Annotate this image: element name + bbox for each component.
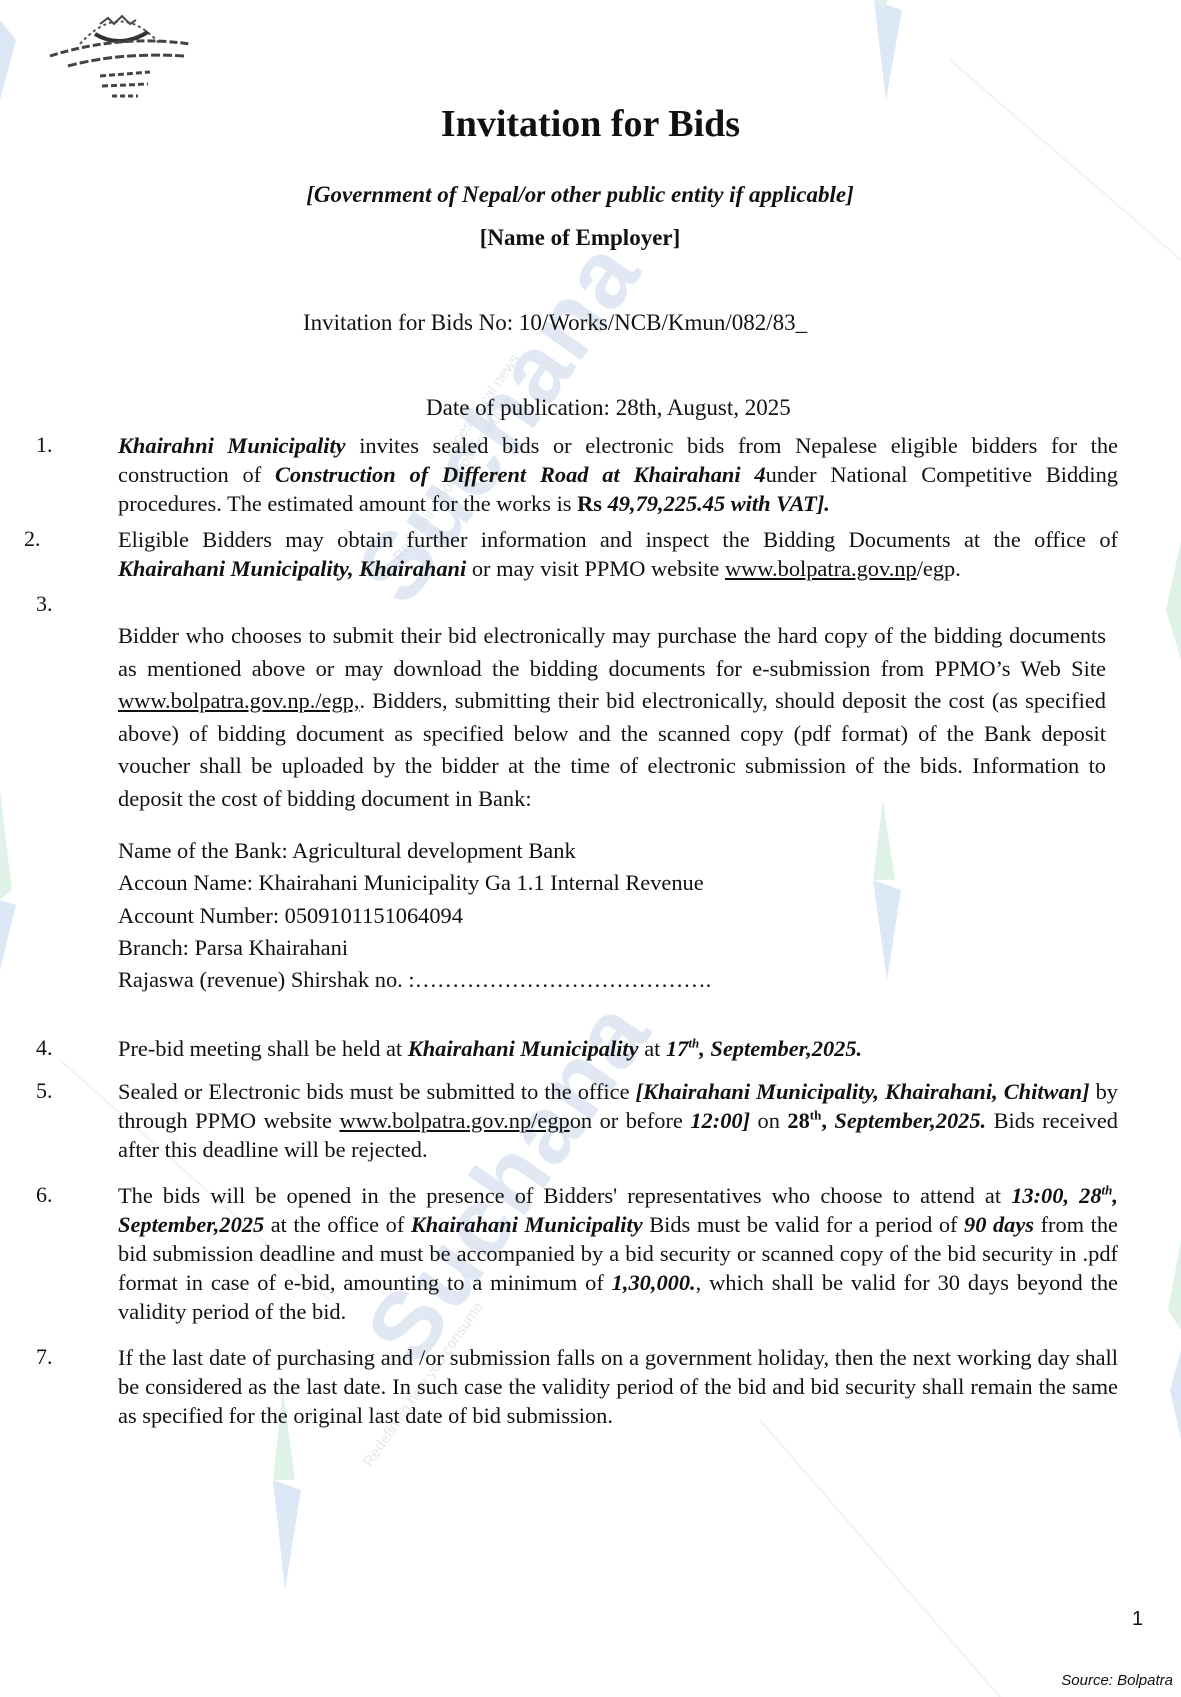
item-number-5: 5.	[36, 1078, 53, 1104]
ifb-number: Invitation for Bids No: 10/Works/NCB/Kmu…	[303, 310, 807, 336]
municipal-seal	[40, 4, 200, 104]
branch: Branch: Parsa Khairahani	[118, 932, 711, 964]
document-subtitle: [Government of Nepal/or other public ent…	[0, 182, 1160, 208]
bank-details: Name of the Bank: Agricultural developme…	[118, 835, 711, 996]
item-4-text: Pre-bid meeting shall be held at Khairah…	[118, 1034, 1118, 1063]
arrow-decoration-left-mid	[0, 790, 20, 970]
item-2-text: Eligible Bidders may obtain further info…	[118, 525, 1118, 583]
item-number-1: 1.	[36, 432, 53, 458]
item-6-text: The bids will be opened in the presence …	[118, 1181, 1118, 1326]
item-number-3: 3.	[36, 591, 53, 617]
submission-date: 28th,	[787, 1108, 827, 1133]
arrow-decoration-top	[868, 0, 908, 100]
employer-reference: Khairahni Municipality	[118, 433, 346, 458]
document-title: Invitation for Bids	[0, 102, 1181, 146]
source-credit: Source: Bolpatra	[1061, 1672, 1173, 1689]
item-number-6: 6.	[36, 1182, 53, 1208]
project-name: Construction of Different Road at Khaira…	[275, 462, 766, 487]
item-3-text: Bidder who chooses to submit their bid e…	[118, 620, 1106, 815]
prebid-date: 17th, September,2025.	[666, 1036, 862, 1061]
arrow-decoration-left-top	[0, 20, 20, 100]
item-1-text: Khairahni Municipality invites sealed bi…	[118, 431, 1118, 518]
estimated-amount: 49,79,225.45 with VAT].	[608, 491, 830, 516]
item-5-text: Sealed or Electronic bids must be submit…	[118, 1077, 1118, 1164]
employer-name: [Name of Employer]	[0, 225, 1160, 251]
publication-date: Date of publication: 28th, August, 2025	[426, 395, 791, 421]
arrow-decoration-right-low	[1160, 1240, 1181, 1440]
account-name: Accoun Name: Khairahani Municipality Ga …	[118, 867, 711, 899]
bid-security-amount: 1,30,000.	[612, 1270, 696, 1295]
validity-period: 90 days	[964, 1212, 1034, 1237]
arrow-decoration-center-mid	[865, 800, 905, 980]
item-number-7: 7.	[36, 1344, 53, 1370]
bolpatra-egp-link[interactable]: www.bolpatra.gov.np./egp,	[118, 688, 359, 713]
account-number: Account Number: 0509101151064094	[118, 900, 711, 932]
item-number-2: 2.	[24, 526, 41, 552]
item-7-text: If the last date of purchasing and /or s…	[118, 1343, 1118, 1430]
bolpatra-submission-link[interactable]: www.bolpatra.gov.np/egp	[339, 1108, 569, 1133]
item-number-4: 4.	[36, 1035, 53, 1061]
bolpatra-link[interactable]: www.bolpatra.gov.np	[725, 556, 917, 581]
bank-name: Name of the Bank: Agricultural developme…	[118, 835, 711, 867]
arrow-decoration-right-mid	[1160, 540, 1181, 660]
revenue-shirshak: Rajaswa (revenue) Shirshak no. :………………………	[118, 964, 711, 996]
page-number: 1	[1132, 1608, 1143, 1631]
